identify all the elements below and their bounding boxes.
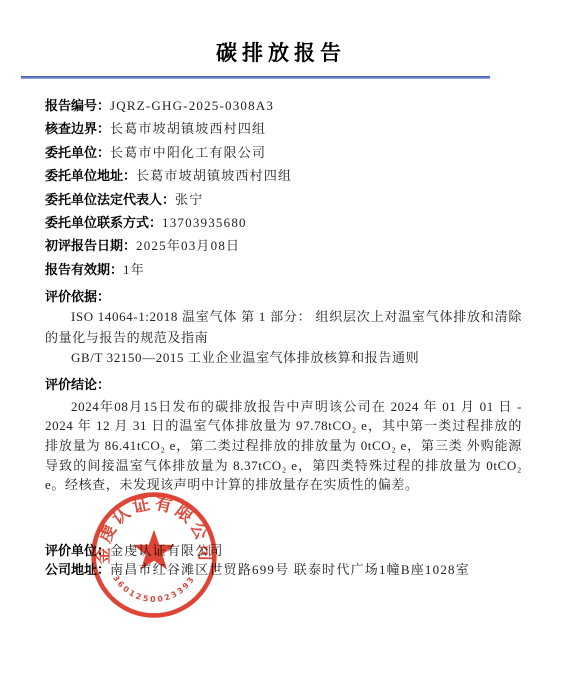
field-value: 长葛市坡胡镇坡西村四组 <box>110 121 266 136</box>
field-report-number: 报告编号：JQRZ-GHG-2025-0308A3 <box>45 94 522 117</box>
field-contact-phone: 委托单位联系方式：13703935680 <box>45 211 522 234</box>
field-value: 长葛市中阳化工有限公司 <box>110 145 266 160</box>
report-body: 报告编号：JQRZ-GHG-2025-0308A3 核查边界：长葛市坡胡镇坡西村… <box>0 79 562 495</box>
field-value: 长葛市坡胡镇坡西村四组 <box>136 168 292 183</box>
basis-heading: 评价依据： <box>45 286 522 307</box>
field-value: 13703935680 <box>162 215 247 230</box>
seal-number-arc-text: 3601250023393 <box>111 574 197 604</box>
field-report-validity: 报告有效期：1年 <box>45 258 522 281</box>
basis-item-iso: ISO 14064-1:2018 温室气体 第 1 部分： 组织层次上对温室气体… <box>45 307 522 348</box>
field-label: 委托单位联系方式： <box>45 215 162 230</box>
field-label: 委托单位地址： <box>45 168 136 183</box>
field-label: 初评报告日期： <box>45 238 136 253</box>
field-value: 1年 <box>123 262 145 277</box>
field-client-address: 委托单位地址：长葛市坡胡镇坡西村四组 <box>45 164 522 187</box>
field-label: 报告有效期： <box>45 262 123 277</box>
field-initial-report-date: 初评报告日期：2025年03月08日 <box>45 234 522 257</box>
field-label: 委托单位法定代表人： <box>45 192 175 207</box>
field-label: 报告编号： <box>45 98 110 113</box>
field-value: JQRZ-GHG-2025-0308A3 <box>110 98 274 113</box>
seal-star-icon <box>133 530 175 570</box>
company-seal-stamp: 金虔认证有限公司 3601250023393 <box>89 490 219 620</box>
conclusion-heading: 评价结论： <box>45 374 522 395</box>
field-verification-boundary: 核查边界：长葛市坡胡镇坡西村四组 <box>45 117 522 140</box>
page-title: 碳排放报告 <box>0 0 562 66</box>
conclusion-text: 2024年08月15日发布的碳排放报告中声明该公司在 2024 年 01 月 0… <box>45 397 522 495</box>
field-client-unit: 委托单位：长葛市中阳化工有限公司 <box>45 141 522 164</box>
field-legal-representative: 委托单位法定代表人：张宁 <box>45 188 522 211</box>
carbon-emission-report-page: 碳排放报告 报告编号：JQRZ-GHG-2025-0308A3 核查边界：长葛市… <box>0 0 562 690</box>
field-label: 委托单位： <box>45 145 110 160</box>
field-value: 2025年03月08日 <box>136 238 240 253</box>
field-label: 核查边界： <box>45 121 110 136</box>
seal-svg: 金虔认证有限公司 3601250023393 <box>89 490 219 620</box>
basis-item-gbt: GB/T 32150—2015 工业企业温室气体排放核算和报告通则 <box>45 348 522 369</box>
svg-text:3601250023393: 3601250023393 <box>111 574 197 604</box>
field-value: 张宁 <box>175 192 203 207</box>
